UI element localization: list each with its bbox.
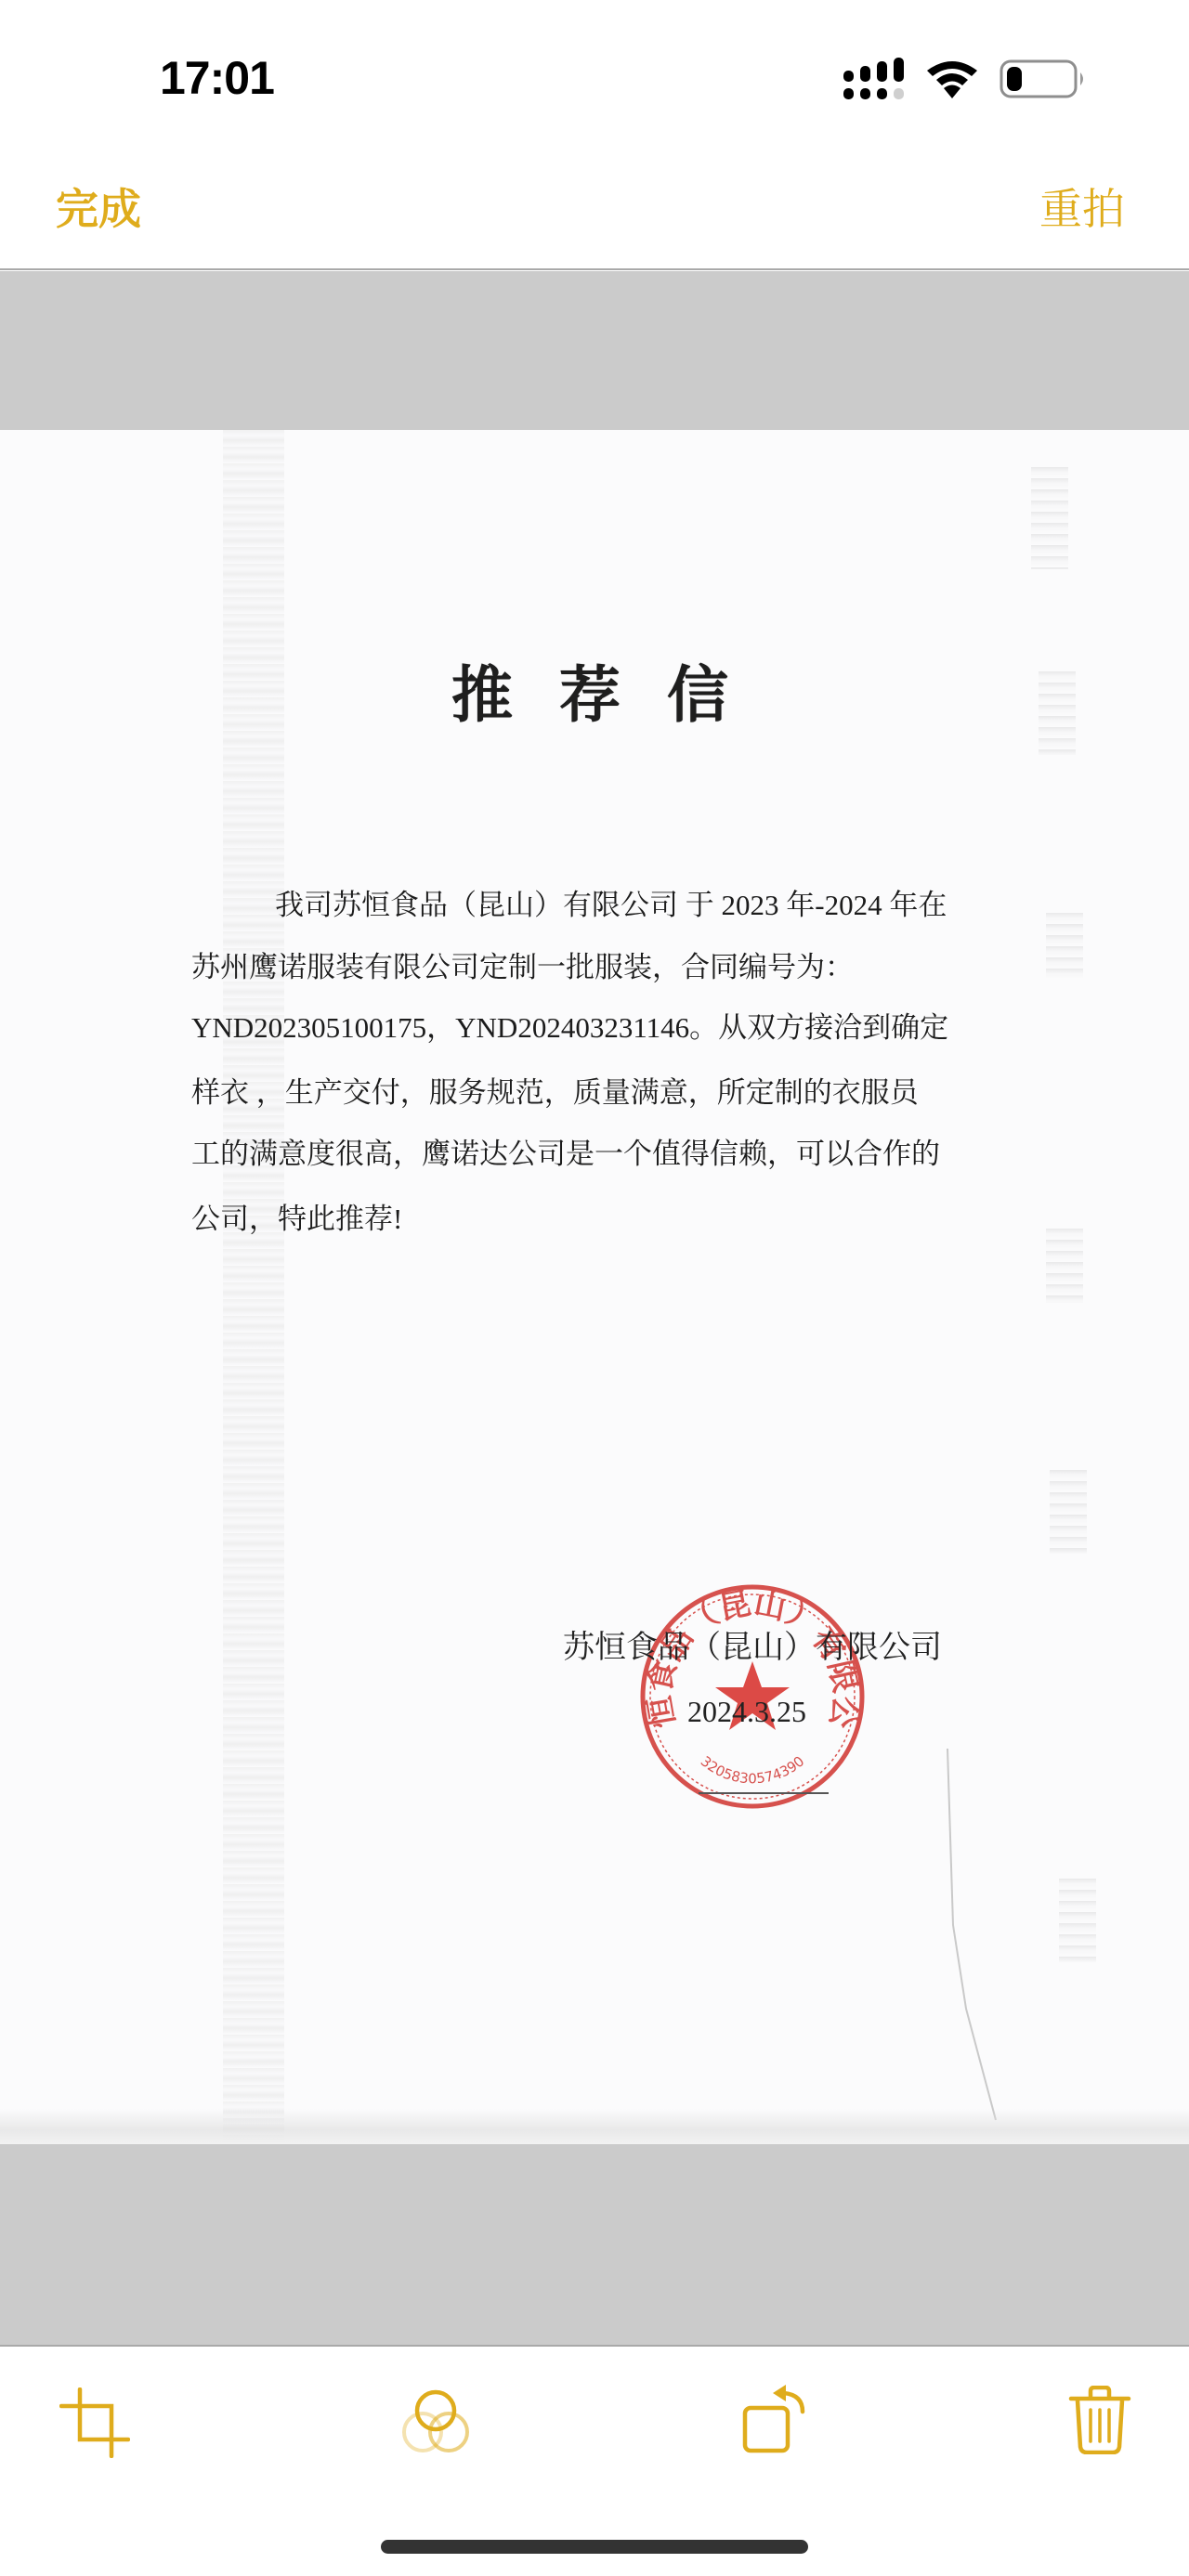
bleed-through-mark xyxy=(1046,1229,1083,1303)
status-time: 17:01 xyxy=(160,54,274,102)
body-line: 我司苏恒食品（昆山）有限公司 于 2023 年-2024 年在 xyxy=(275,887,947,924)
scanned-document: 推荐信 我司苏恒食品（昆山）有限公司 于 2023 年-2024 年在 苏州鹰诺… xyxy=(0,430,1189,2144)
bleed-through-mark xyxy=(1059,1879,1096,1962)
retake-button[interactable]: 重拍 xyxy=(1039,186,1125,232)
svg-text:3205830574390: 3205830574390 xyxy=(698,1753,808,1788)
bleed-through-mark xyxy=(1046,913,1083,978)
bleed-through-mark xyxy=(1039,671,1076,755)
body-line: YND202305100175，YND202403231146。从双方接洽到确定 xyxy=(191,1009,948,1047)
bottom-toolbar xyxy=(0,2345,1189,2576)
document-viewer[interactable]: 推荐信 我司苏恒食品（昆山）有限公司 于 2023 年-2024 年在 苏州鹰诺… xyxy=(0,271,1189,2345)
signature-date: 2024.3.25 xyxy=(687,1693,806,1730)
document-title: 推荐信 xyxy=(451,661,775,728)
status-bar: 17:01 xyxy=(0,0,1189,139)
home-indicator[interactable] xyxy=(381,2540,808,2554)
bleed-through-mark xyxy=(1031,467,1068,569)
body-line: 样衣 ，生产交付，服务规范，质量满意，所定制的衣服员 xyxy=(191,1074,919,1112)
rotate-button[interactable] xyxy=(741,2384,808,2454)
filters-icon xyxy=(401,2389,470,2456)
filters-button[interactable] xyxy=(401,2389,470,2456)
wifi-icon xyxy=(925,59,979,98)
rotate-left-icon xyxy=(741,2384,808,2454)
trash-icon xyxy=(1068,2386,1131,2454)
dual-sim-signal-icon xyxy=(843,58,905,100)
delete-button[interactable] xyxy=(1068,2386,1131,2454)
done-button[interactable]: 完成 xyxy=(56,186,141,232)
crop-button[interactable] xyxy=(59,2387,130,2458)
crop-icon xyxy=(59,2387,130,2458)
body-line: 苏州鹰诺服装有限公司定制一批服装，合同编号为： xyxy=(191,949,854,986)
body-line: 工的满意度很高，鹰诺达公司是一个值得信赖，可以合作的 xyxy=(191,1136,940,1173)
body-line: 公司，特此推荐! xyxy=(191,1201,402,1238)
signature-company: 苏恒食品（昆山）有限公司 xyxy=(563,1630,942,1667)
signature-underline xyxy=(699,1792,829,1794)
bleed-through-mark xyxy=(1050,1470,1087,1554)
battery-low-icon xyxy=(1000,59,1087,98)
nav-bar: 完成 重拍 xyxy=(0,139,1189,270)
